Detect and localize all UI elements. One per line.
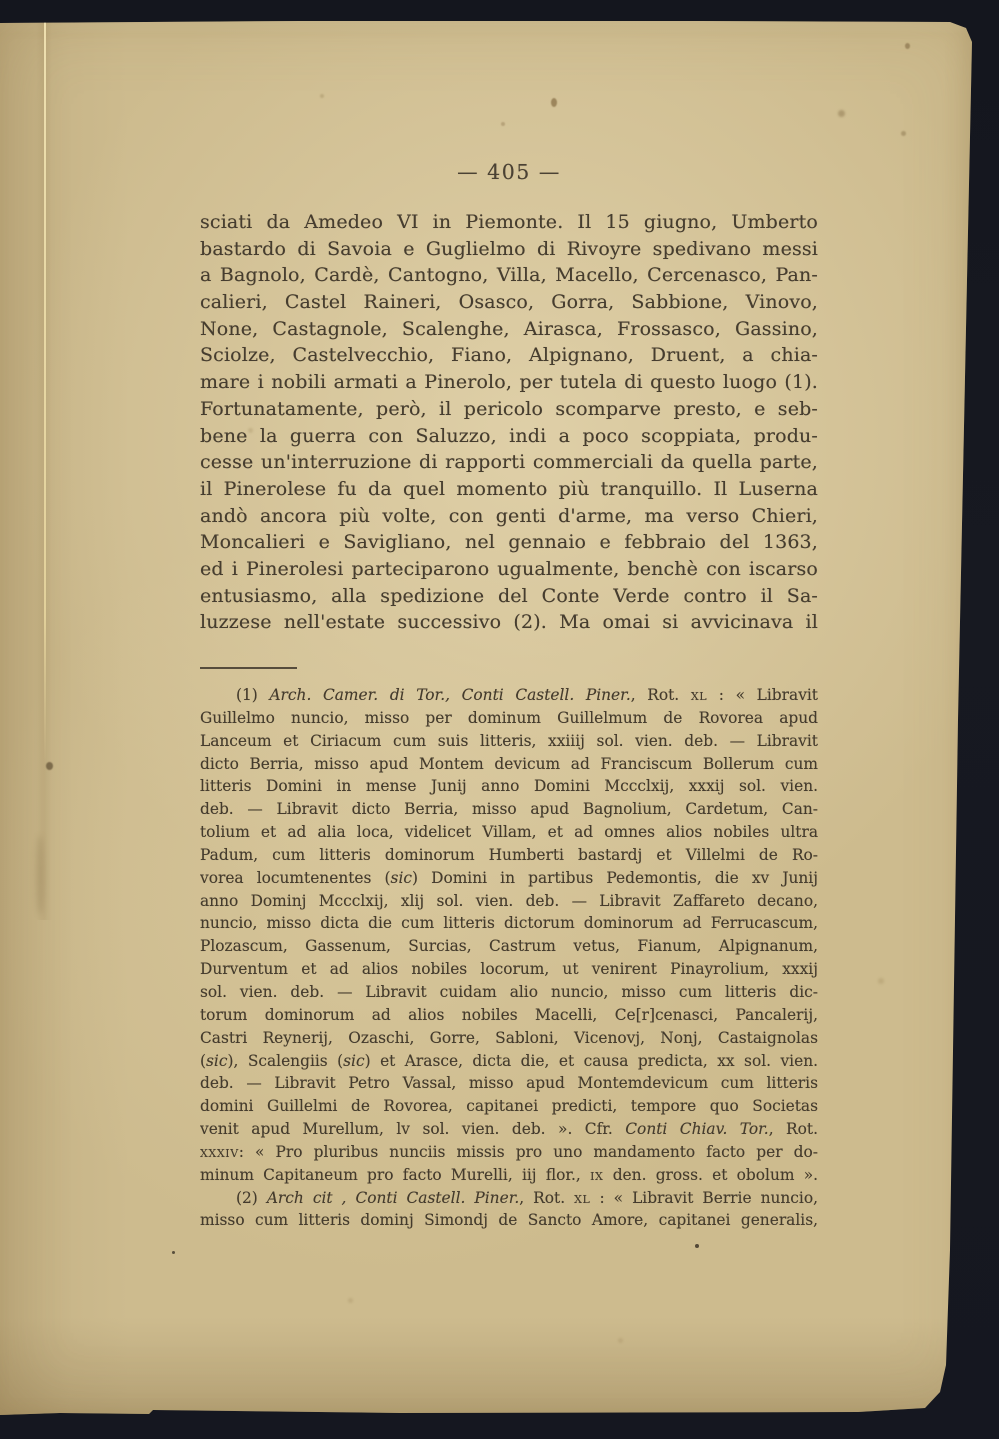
footnote-line: deb. — Libravit dicto Berria, misso apud… [200,798,818,821]
footnote-text-segment: vorea locumtenentes ( [200,869,391,887]
body-line: ed i Pinerolesi parteciparono ugualmente… [200,556,818,583]
footnote-line: domini Guillelmi de Rovorea, capitanei p… [200,1095,818,1118]
footnote-text-segment: Plozascum, Gassenum, Surcias, Castrum ve… [200,937,818,955]
footnote-text-segment: Durventum et ad alios nobiles locorum, u… [200,960,818,978]
footnote-line: misso cum litteris dominj Simondj de San… [200,1209,818,1232]
body-line: sciati da Amedeo VI in Piemonte. Il 15 g… [200,209,818,236]
scan-background: — 405 — sciati da Amedeo VI in Piemonte.… [0,0,999,1439]
body-paragraph: sciati da Amedeo VI in Piemonte. Il 15 g… [200,209,818,636]
paper-stain [501,122,505,126]
footnote-text-segment: Padum, cum litteris dominorum Humberti b… [200,846,818,864]
paper-stain [46,762,53,770]
footnote-line: (1) Arch. Camer. di Tor., Conti Castell.… [200,684,818,707]
paper-smudge [36,835,44,915]
footnote-text-segment: sic [206,1052,227,1070]
footnote-text-segment: sic [343,1052,364,1070]
body-line: cesse un'interruzione di rapporti commer… [200,449,818,476]
footnote-line: dicto Berria, misso apud Montem devicum … [200,753,818,776]
footnote-text-segment: Lanceum et Ciriacum cum suis litteris, x… [200,732,818,750]
footnote-text-segment: tolium et ad alia loca, videlicet Villam… [200,823,818,841]
footnote-text-segment: domini Guillelmi de Rovorea, capitanei p… [200,1097,818,1115]
paper-stain [348,1298,353,1303]
footnote-text-segment: ), Scalengiis ( [227,1052,343,1070]
footnote-text-segment: torum dominorum ad alios nobiles Macelli… [200,1006,818,1024]
footnote-text-segment: , Rot. [519,1189,574,1207]
paper-stain [905,43,910,49]
paper-stain [695,1244,699,1248]
footnote-line: deb. — Libravit Petro Vassal, misso apud… [200,1072,818,1095]
footnote-text-segment: Arch. Camer. di Tor., Conti Castell. Pin… [269,686,630,704]
footnotes-block: (1) Arch. Camer. di Tor., Conti Castell.… [200,684,818,1232]
footnote-text-segment: : « Pro pluribus nunciis missis pro uno … [239,1143,818,1161]
body-line: andò ancora più volte, con genti d'arme,… [200,503,818,530]
footnote-line: Lanceum et Ciriacum cum suis litteris, x… [200,730,818,753]
footnote-text-segment: xl [574,1189,590,1207]
body-line: Sciolze, Castelvecchio, Fiano, Alpignano… [200,342,818,369]
footnote-text-segment: deb. — Libravit dicto Berria, misso apud… [200,800,818,818]
footnote-text-segment: Guillelmo nuncio, misso per dominum Guil… [200,709,818,727]
body-line: a Bagnolo, Cardè, Cantogno, Villa, Macel… [200,262,818,289]
body-line: Moncalieri e Savigliano, nel gennaio e f… [200,529,818,556]
paper-stain [838,110,845,117]
footnote-line: sol. vien. deb. — Libravit cuidam alio n… [200,981,818,1004]
footnote-separator [200,667,297,669]
footnote-line: venit apud Murellum, lv sol. vien. deb. … [200,1118,818,1141]
footnote-text-segment: deb. — Libravit Petro Vassal, misso apud… [200,1074,818,1092]
footnote-line: (sic), Scalengiis (sic) et Arasce, dicta… [200,1050,818,1073]
body-line: Fortunatamente, però, il pericolo scompa… [200,396,818,423]
scanned-page: — 405 — sciati da Amedeo VI in Piemonte.… [0,20,974,1417]
footnote-line: xxxiv: « Pro pluribus nunciis missis pro… [200,1141,818,1164]
footnote-line: minum Capitaneum pro facto Murelli, iij … [200,1164,818,1187]
footnote-text-segment: (2) [236,1189,267,1207]
footnote-text-segment: sol. vien. deb. — Libravit cuidam alio n… [200,983,818,1001]
footnote-text-segment: misso cum litteris dominj Simondj de San… [200,1211,818,1229]
footnote-text-segment: ) Domini in partibus Pedemontis, die xv … [412,869,818,887]
footnote-line: tolium et ad alia loca, videlicet Villam… [200,821,818,844]
paper-stain [901,131,906,136]
footnote-text-segment: nuncio, misso dicta die cum litteris dic… [200,914,818,932]
footnote-text-segment: den. gross. et obolum ». [603,1166,818,1184]
footnote-text-segment: minum Capitaneum pro facto Murelli, iij … [200,1166,590,1184]
footnote-line: torum dominorum ad alios nobiles Macelli… [200,1004,818,1027]
footnote-text-segment: sic [391,869,412,887]
footnote-line: Padum, cum litteris dominorum Humberti b… [200,844,818,867]
body-line: il Pinerolese fu da quel momento più tra… [200,476,818,503]
footnote-line: vorea locumtenentes (sic) Domini in part… [200,867,818,890]
footnote-line: Durventum et ad alios nobiles locorum, u… [200,958,818,981]
body-line: calieri, Castel Raineri, Osasco, Gorra, … [200,289,818,316]
paper-stain [618,1338,623,1343]
page-number: — 405 — [200,161,818,183]
footnote-text-segment: Castri Reynerij, Ozaschi, Gorre, Sabloni… [200,1029,818,1047]
footnote-text-segment: venit apud Murellum, lv sol. vien. deb. … [200,1120,625,1138]
footnote-text-segment: Arch cit , Conti Castell. Piner. [267,1189,519,1207]
footnote-text-segment: : « Libravit Berrie nuncio, [590,1189,818,1207]
paper-crease-line [44,20,46,765]
footnote-line: Guillelmo nuncio, misso per dominum Guil… [200,707,818,730]
footnote-line: nuncio, misso dicta die cum litteris dic… [200,912,818,935]
body-line: mare i nobili armati a Pinerolo, per tut… [200,369,818,396]
paper-stain [172,1251,175,1254]
footnote-text-segment: ) et Arasce, dicta die, et causa predict… [365,1052,818,1070]
footnote-text-segment: dicto Berria, misso apud Montem devicum … [200,755,818,773]
footnote-text-segment: : « Libravit [707,686,818,704]
footnote-text-segment: ix [590,1166,603,1184]
footnote-text-segment: (1) [236,686,269,704]
body-line: bene la guerra con Saluzzo, indi a poco … [200,423,818,450]
body-line: luzzese nell'estate successivo (2). Ma o… [200,609,818,636]
footnote-text-segment: xl [691,686,707,704]
footnote-text-segment: anno Dominj Mccclxij, xlij sol. vien. de… [200,892,818,910]
paper-stain [878,978,884,984]
footnote-text-segment: xxxiv [200,1143,239,1161]
body-line: bastardo di Savoia e Guglielmo di Rivoyr… [200,236,818,263]
footnote-line: litteris Domini in mense Junij anno Domi… [200,775,818,798]
footnote-line: Plozascum, Gassenum, Surcias, Castrum ve… [200,935,818,958]
footnote-text-segment: , Rot. [769,1120,818,1138]
footnote-text-segment: Conti Chiav. Tor. [625,1120,768,1138]
footnote-line: anno Dominj Mccclxij, xlij sol. vien. de… [200,890,818,913]
footnote-line: (2) Arch cit , Conti Castell. Piner., Ro… [200,1187,818,1210]
paper-stain [120,1430,180,1439]
body-line: None, Castagnole, Scalenghe, Airasca, Fr… [200,316,818,343]
paper-stain [551,98,557,107]
footnote-text-segment: , Rot. [631,686,691,704]
body-line: entusiasmo, alla spedizione del Conte Ve… [200,583,818,610]
footnote-text-segment: litteris Domini in mense Junij anno Domi… [200,777,818,795]
footnote-line: Castri Reynerij, Ozaschi, Gorre, Sabloni… [200,1027,818,1050]
paper-stain [320,94,324,98]
